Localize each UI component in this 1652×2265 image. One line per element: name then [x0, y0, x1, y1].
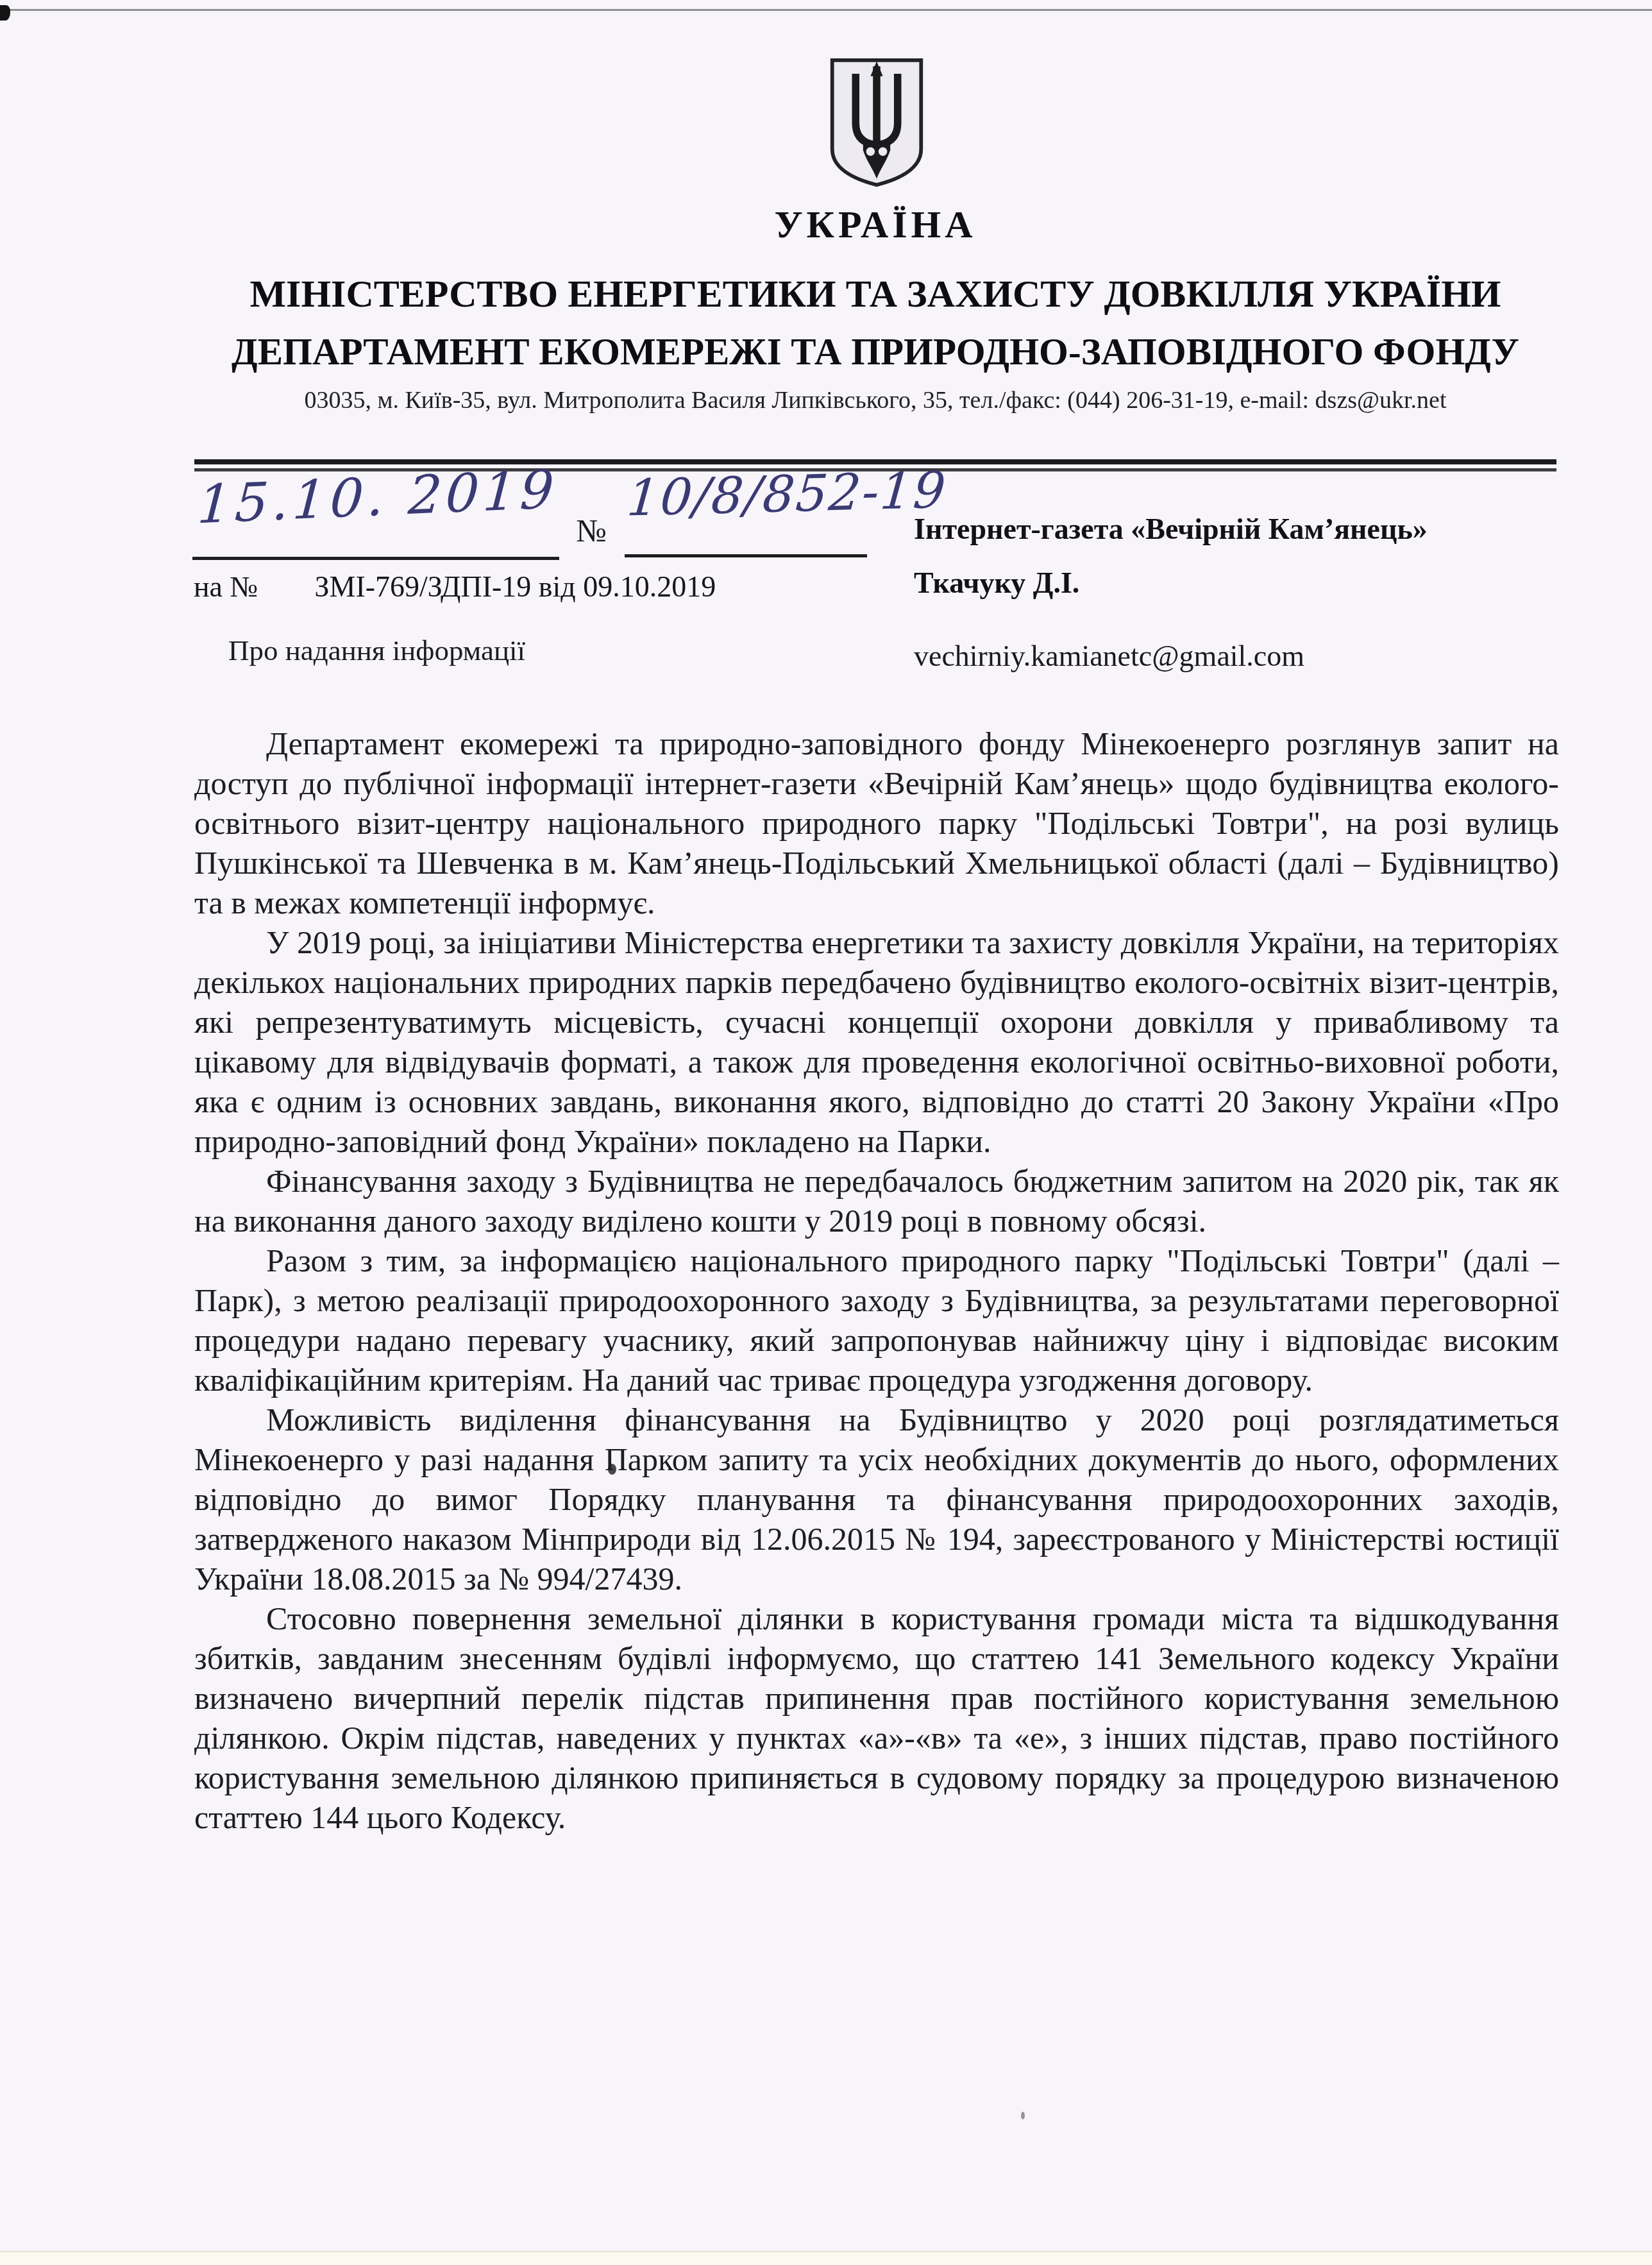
in-reply-label: на № [194, 570, 258, 603]
body-paragraph: Департамент екомережі та природно-запові… [194, 724, 1559, 922]
ink-speck [1021, 2112, 1025, 2119]
in-reply-value: ЗМІ-769/ЗДПІ-19 від 09.10.2019 [314, 570, 716, 603]
recipient-organization: Інтернет-газета «Вечірній Кам’янець» [914, 512, 1428, 546]
recipient-email: vechirniy.kamianetc@gmail.com [914, 639, 1304, 673]
scan-edge-line [0, 9, 1652, 11]
letter-body: Департамент екомережі та природно-запові… [194, 724, 1559, 1837]
subject-line: Про надання інформації [228, 634, 525, 667]
recipient-person: Ткачуку Д.І. [914, 566, 1079, 600]
body-paragraph: У 2019 році, за ініціативи Міністерства … [194, 922, 1559, 1161]
number-sign-label: № [576, 512, 607, 549]
scanned-letter-page: УКРАЇНА МІНІСТЕРСТВО ЕНЕРГЕТИКИ ТА ЗАХИС… [0, 0, 1652, 2265]
body-paragraph: Можливість виділення фінансування на Буд… [194, 1400, 1559, 1599]
handwritten-outgoing-number: 10/8/852-19 [625, 461, 949, 527]
body-paragraph: Фінансування заходу з Будівництва не пер… [194, 1161, 1559, 1241]
date-underline [192, 557, 559, 560]
coat-of-arms-ukraine-icon [827, 54, 926, 191]
letterhead-contact-line: 03035, м. Київ-35, вул. Митрополита Васи… [192, 386, 1558, 414]
body-paragraph: Разом з тим, за інформацією національног… [194, 1241, 1559, 1400]
department-title: ДЕПАРТАМЕНТ ЕКОМЕРЕЖІ ТА ПРИРОДНО-ЗАПОВІ… [192, 330, 1558, 374]
in-reply-to-line: на №ЗМІ-769/ЗДПІ-19 від 09.10.2019 [194, 570, 716, 604]
ministry-title: МІНІСТЕРСТВО ЕНЕРГЕТИКИ ТА ЗАХИСТУ ДОВКІ… [192, 272, 1558, 316]
scan-bottom-edge [0, 2251, 1652, 2265]
body-paragraph: Стосовно повернення земельної ділянки в … [194, 1599, 1559, 1837]
number-underline [625, 554, 867, 557]
country-title: УКРАЇНА [192, 203, 1558, 247]
scan-corner-artifact [0, 5, 10, 21]
